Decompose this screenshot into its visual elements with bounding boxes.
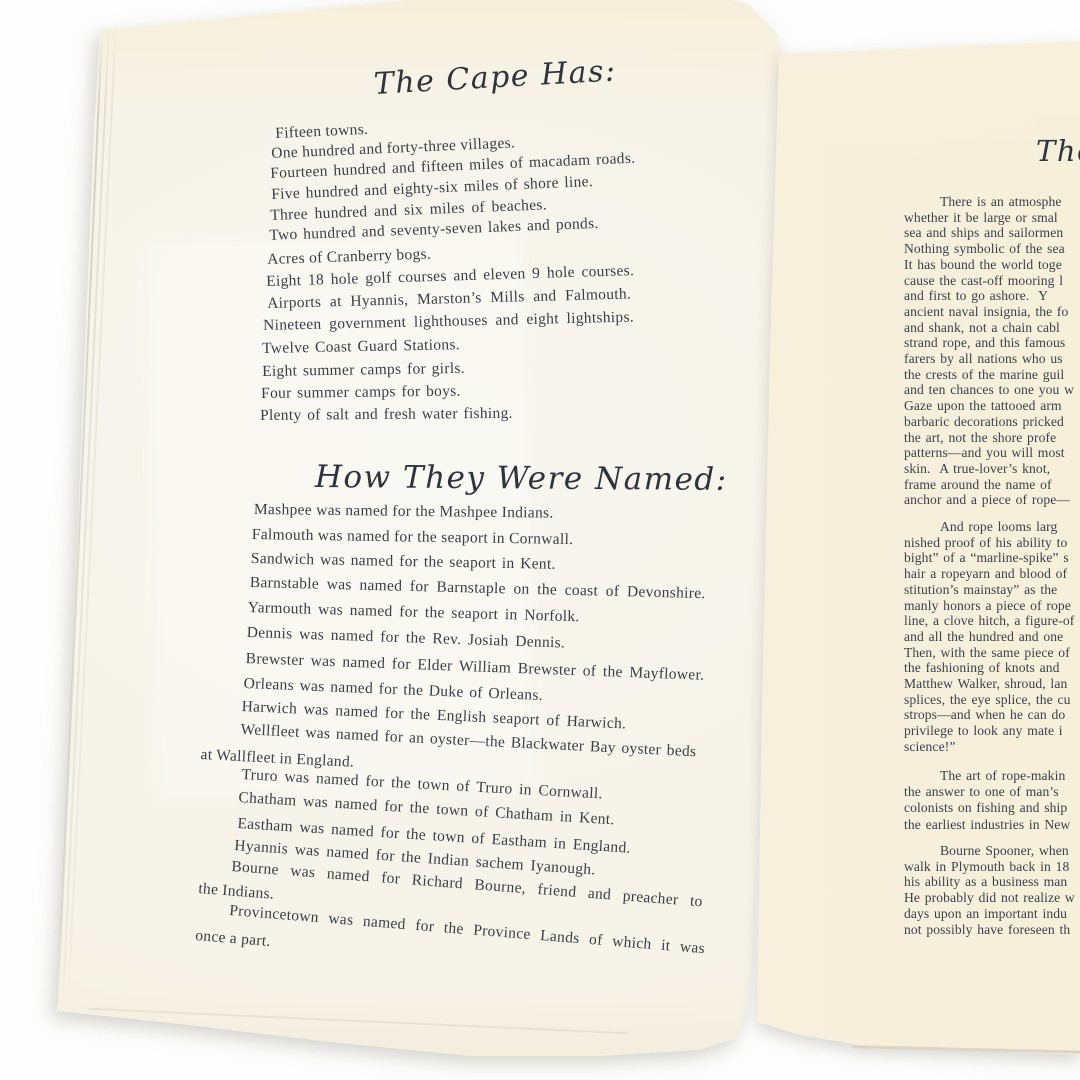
body-text-line: and ten chances to one you w (904, 382, 1080, 398)
body-text-line: hair a ropeyarn and blood of (904, 566, 1080, 582)
paragraph: The art of rope-makin the answer to one … (904, 768, 1080, 833)
body-text-line: colonists on fishing and ship (904, 800, 1080, 816)
body-text-line: his ability as a business man (904, 874, 1080, 890)
body-text-line: There is an atmosphe (904, 194, 1080, 210)
body-text-line: The art of rope-makin (904, 768, 1080, 784)
body-text-line: splices, the eye splice, the cu (904, 692, 1080, 708)
body-text-line: frame around the name of (904, 477, 1080, 493)
body-text-line: Gaze upon the tattooed arm (904, 398, 1080, 414)
body-text-line: Matthew Walker, shroud, lan (904, 676, 1080, 692)
body-text-line: And rope looms larg (904, 519, 1080, 535)
right-page-heading: The (1036, 134, 1080, 168)
body-text-line: Then, with the same piece of (904, 645, 1080, 661)
body-text-line: privilege to look any mate i (904, 723, 1080, 739)
body-text-line: ancient naval insignia, the fo (904, 304, 1080, 320)
body-text-line: Nothing symbolic of the sea (904, 241, 1080, 257)
body-text-line: manly honors a piece of rope (904, 598, 1080, 614)
paragraph: There is an atmosphe whether it be large… (904, 194, 1080, 508)
book-photo: The Cape Has: Fifteen towns. One hundred… (0, 0, 1080, 1080)
body-text-line: skin. A true-lover’s knot, (904, 461, 1080, 477)
body-text-line: barbaric decorations pricked (904, 414, 1080, 430)
body-text-line: line, a clove hitch, a figure-of (904, 613, 1080, 629)
body-text-line: days upon an important indu (904, 906, 1080, 922)
body-text-line: strand rope, and this famous (904, 335, 1080, 351)
body-text-line: the fashioning of knots and (904, 660, 1080, 676)
body-text-line: cause the cast-off mooring l (904, 273, 1080, 289)
body-text-line: Bourne Spooner, when (904, 843, 1080, 859)
body-text-line: the art, not the shore profe (904, 430, 1080, 446)
body-text-line: He probably did not realize w (904, 890, 1080, 906)
body-text-line: the earliest industries in New (904, 817, 1080, 833)
body-text-line: walk in Plymouth back in 18 (904, 859, 1080, 875)
body-text-line: farers by all nations who us (904, 351, 1080, 367)
body-text-line: strops—and when he can do (904, 707, 1080, 723)
body-text-line: and first to go ashore. Y (904, 288, 1080, 304)
body-text-line: whether it be large or smal (904, 210, 1080, 226)
body-text-line: anchor and a piece of rope— (904, 492, 1080, 508)
body-text-line: and shank, not a chain cabl (904, 320, 1080, 336)
body-text-line: the crests of the marine guil (904, 367, 1080, 383)
right-page-text: The There is an atmosphe whether it be l… (0, 0, 1080, 1080)
body-text-line: not possibly have foreseen th (904, 922, 1080, 938)
body-text-line: bight” of a “marline-spike” s (904, 550, 1080, 566)
body-text-line: and all the hundred and one (904, 629, 1080, 645)
body-text-line: patterns—and you will most (904, 445, 1080, 461)
body-text-line: It has bound the world toge (904, 257, 1080, 273)
body-text-line: nished proof of his ability to (904, 535, 1080, 551)
body-text-line: science!” (904, 739, 1080, 755)
body-text-line: stitution’s mainstay” as the (904, 582, 1080, 598)
body-text-line: the answer to one of man’s (904, 784, 1080, 800)
paragraph: Bourne Spooner, when walk in Plymouth ba… (904, 843, 1080, 937)
paragraph: And rope looms larg nished proof of his … (904, 519, 1080, 755)
body-text-line: sea and ships and sailormen (904, 225, 1080, 241)
